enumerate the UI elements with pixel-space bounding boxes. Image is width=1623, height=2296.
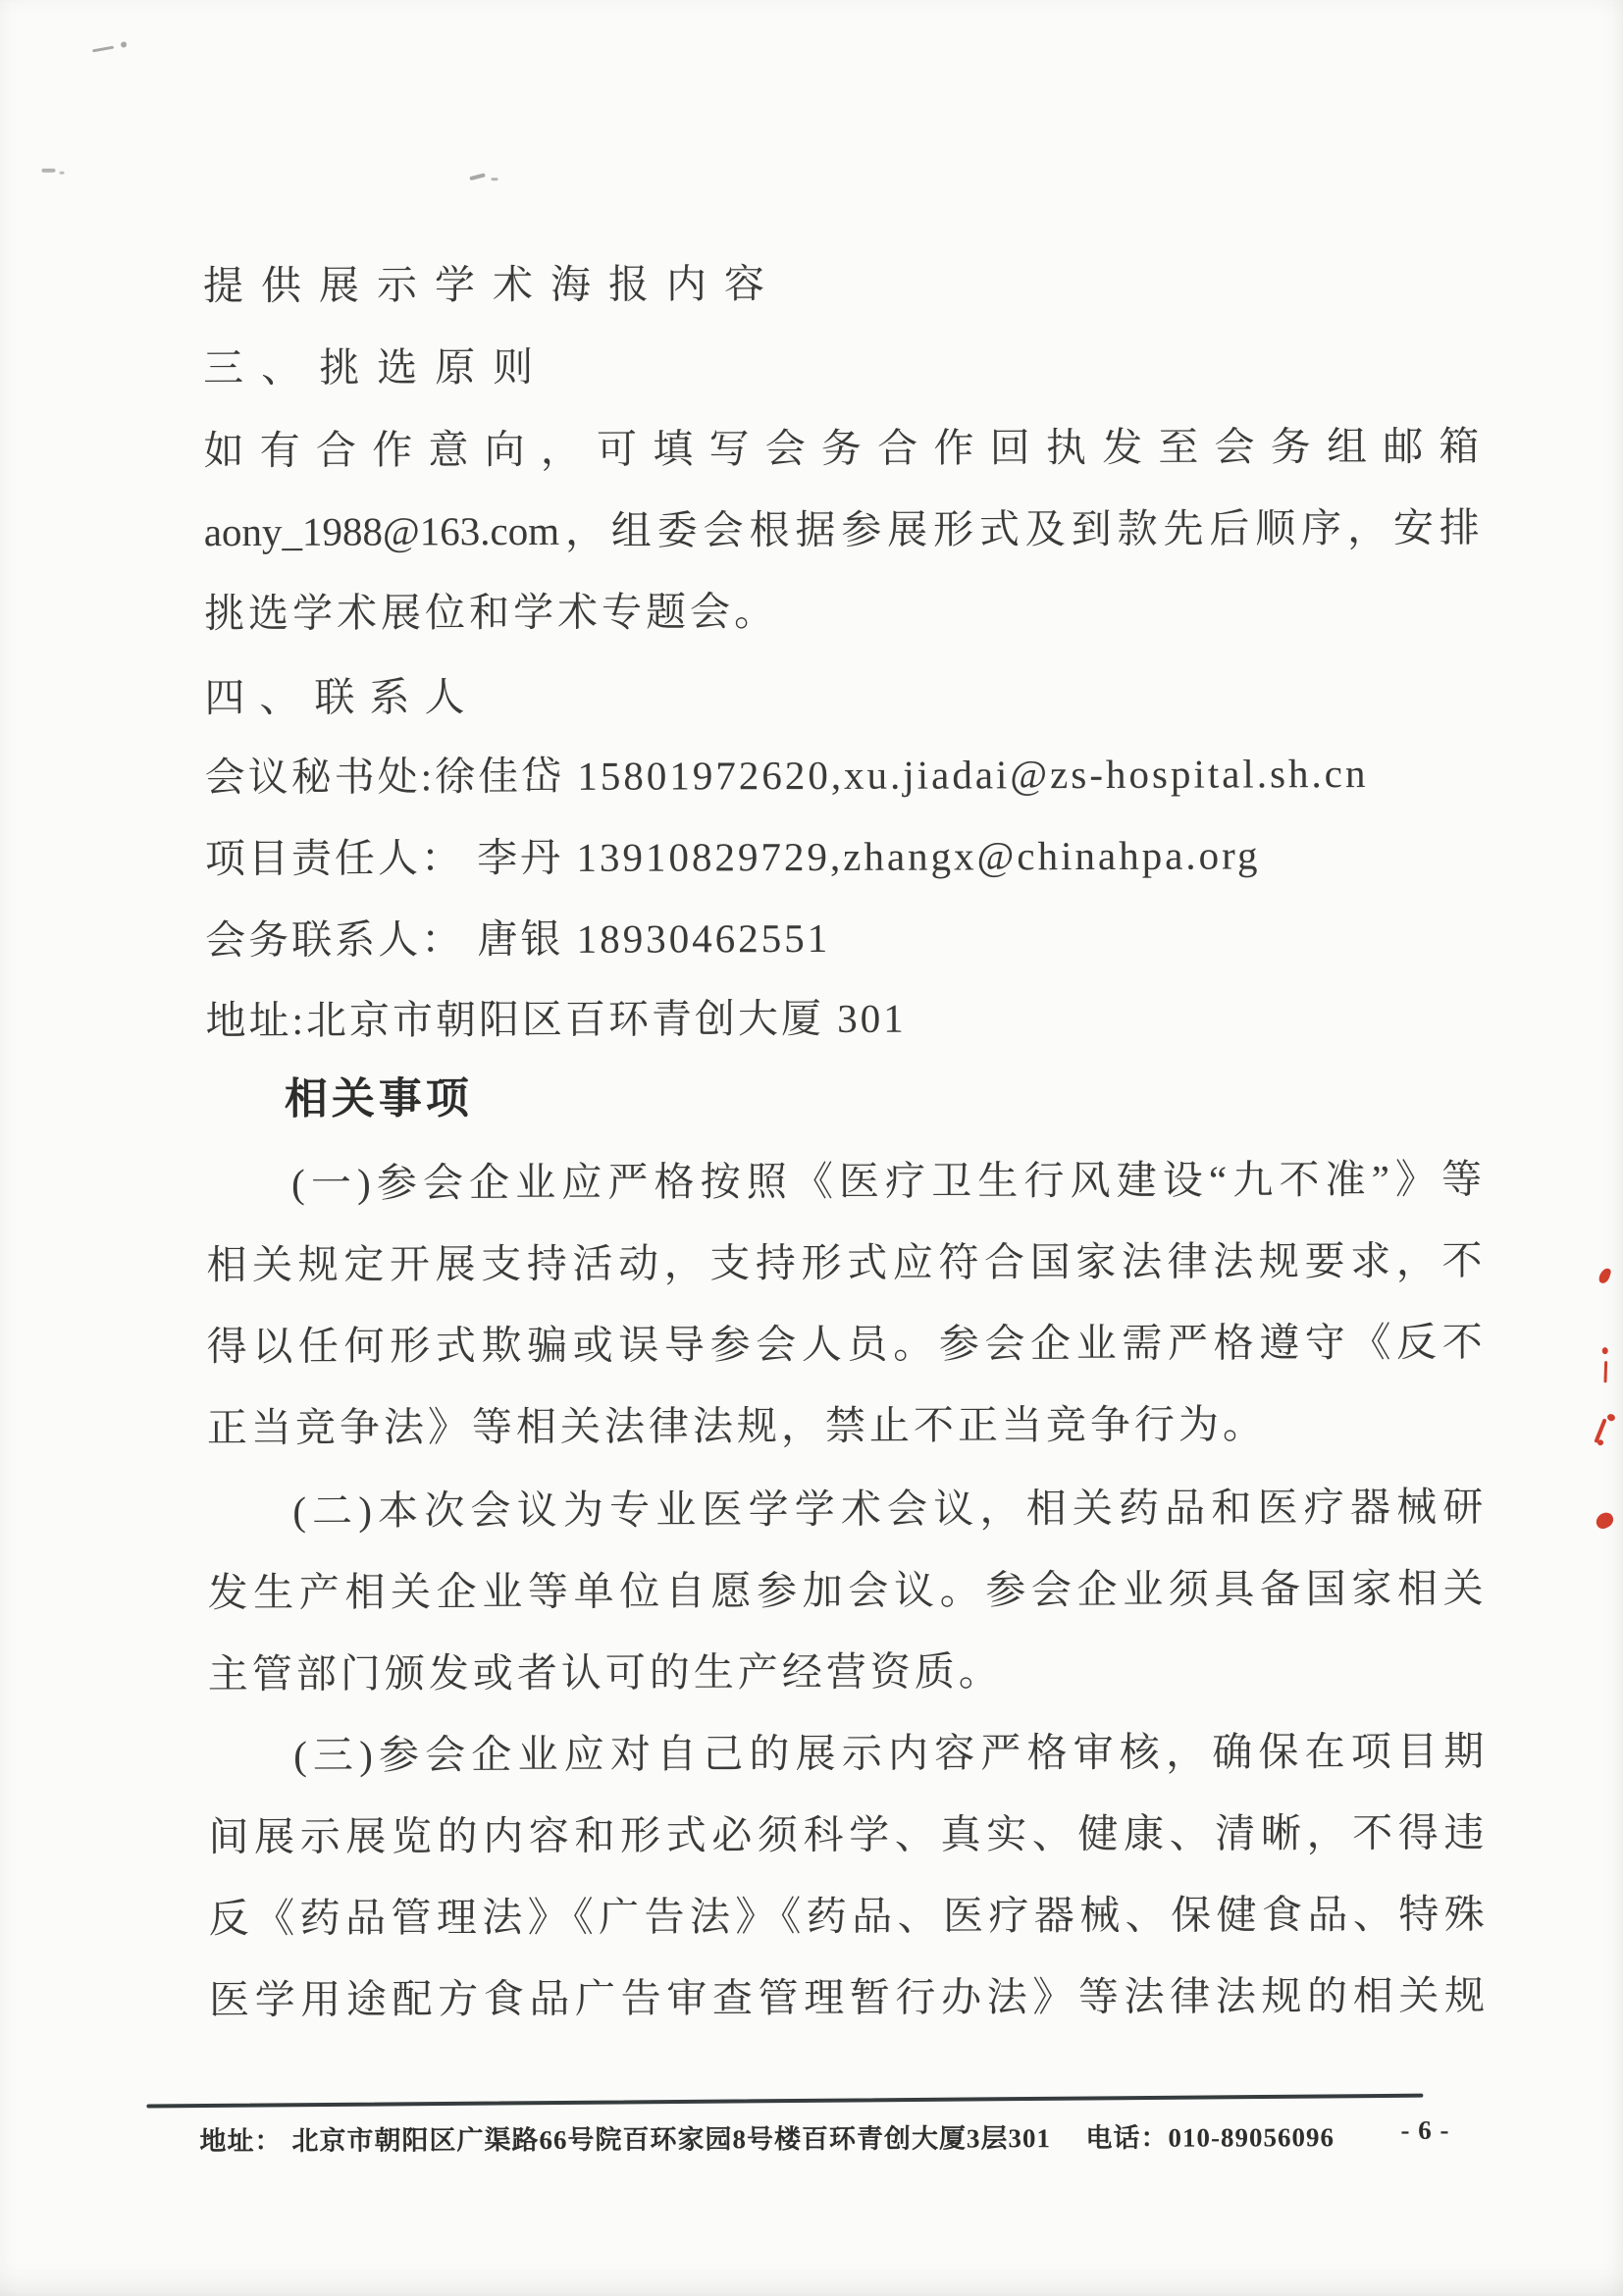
red-ink-mark-3 <box>1603 1361 1607 1383</box>
item-two-line-3: 主管部门颁发或者认可的生产经营资质。 <box>208 1644 1484 1705</box>
page-number: - 6 - <box>1400 2115 1449 2146</box>
red-ink-mark-1 <box>1597 1267 1611 1284</box>
document-sheet: 提供展示学术海报内容 三、挑选原则 如有合作意向，可填写会务合作回执发至会务组邮… <box>0 0 1623 2296</box>
footer-phone-number: 010-89056096 <box>1168 2122 1335 2153</box>
item-three-line-3: 反《药品管理法》《广告法》《药品、医疗器械、保健食品、特殊 <box>209 1888 1485 1950</box>
footer-phone-label: 电话： <box>1085 2123 1168 2153</box>
section-three-line-3: 挑选学术展位和学术专题会。 <box>204 583 1480 645</box>
scanned-document-page: 提供展示学术海报内容 三、挑选原则 如有合作意向，可填写会务合作回执发至会务组邮… <box>0 0 1623 2296</box>
red-ink-mark-6 <box>1597 1439 1603 1445</box>
contact-line-project-lead: 项目责任人： 李丹 13910829729,zhangx@chinahpa.or… <box>205 828 1481 890</box>
item-two-line-2: 发生产相关企业等单位自愿参加会议。参会企业须具备国家相关 <box>207 1562 1483 1624</box>
pencil-speck-5 <box>469 173 485 181</box>
footer-address-text: 北京市朝阳区广渠路66号院百环家园8号楼百环青创大厦3层301 <box>291 2123 1051 2156</box>
pencil-speck-6 <box>492 178 498 181</box>
pencil-speck-4 <box>60 172 65 175</box>
footer-address-label: 地址： <box>199 2126 282 2156</box>
item-one-line-2: 相关规定开展支持活动，支持形式应符合国家法律法规要求，不 <box>206 1234 1482 1296</box>
pencil-speck-1 <box>92 46 114 53</box>
item-three-line-1: (三)参会企业应对自己的展示内容严格审核，确保在项目期 <box>208 1725 1484 1787</box>
section-four-heading: 四、联系人 <box>204 667 1480 729</box>
pencil-speck-3 <box>42 169 56 173</box>
contact-line-address: 地址:北京市朝阳区百环青创大厦 301 <box>205 990 1481 1052</box>
footer-address: 地址：北京市朝阳区广渠路66号院百环家园8号楼百环青创大厦3层301 <box>199 2116 1051 2158</box>
footer-phone: 电话：010-89056096 <box>1085 2115 1335 2155</box>
red-ink-mark-2 <box>1602 1347 1608 1354</box>
item-three-line-4: 医学用途配方食品广告审查管理暂行办法》等法律法规的相关规 <box>209 1969 1485 2031</box>
item-one-line-4: 正当竞争法》等相关法律法规，禁止不正当竞争行为。 <box>207 1397 1483 1459</box>
item-three-line-2: 间展示展览的内容和形式必须科学、真实、健康、清晰，不得违 <box>208 1806 1484 1868</box>
item-one-line-1: (一)参会企业应严格按照《医疗卫生行风建设“九不准”》等 <box>206 1153 1482 1215</box>
item-two-line-1: (二)本次会议为专业医学学术会议，相关药品和医疗器械研 <box>207 1481 1483 1542</box>
related-matters-heading: 相关事项 <box>285 1074 473 1124</box>
section-three-heading: 三、挑选原则 <box>203 338 1479 399</box>
red-ink-mark-4 <box>1606 1413 1616 1422</box>
section-three-line-1: 如有合作意向，可填写会务合作回执发至会务组邮箱 <box>203 420 1479 482</box>
contact-line-affairs: 会务联系人： 唐银 18930462551 <box>205 910 1481 971</box>
pencil-speck-2 <box>121 41 127 47</box>
item-one-line-3: 得以任何形式欺骗或误导参会人员。参会企业需严格遵守《反不 <box>207 1316 1483 1378</box>
footer-rule <box>146 2094 1423 2109</box>
contact-line-secretariat: 会议秘书处:徐佳岱 15801972620,xu.jiadai@zs-hospi… <box>205 747 1481 809</box>
red-ink-mark-7 <box>1594 1510 1616 1531</box>
section-three-line-2: aony_1988@163.com，组委会根据参展形式及到款先后顺序，安排 <box>204 501 1480 563</box>
carryover-line: 提供展示学术海报内容 <box>203 255 1479 317</box>
